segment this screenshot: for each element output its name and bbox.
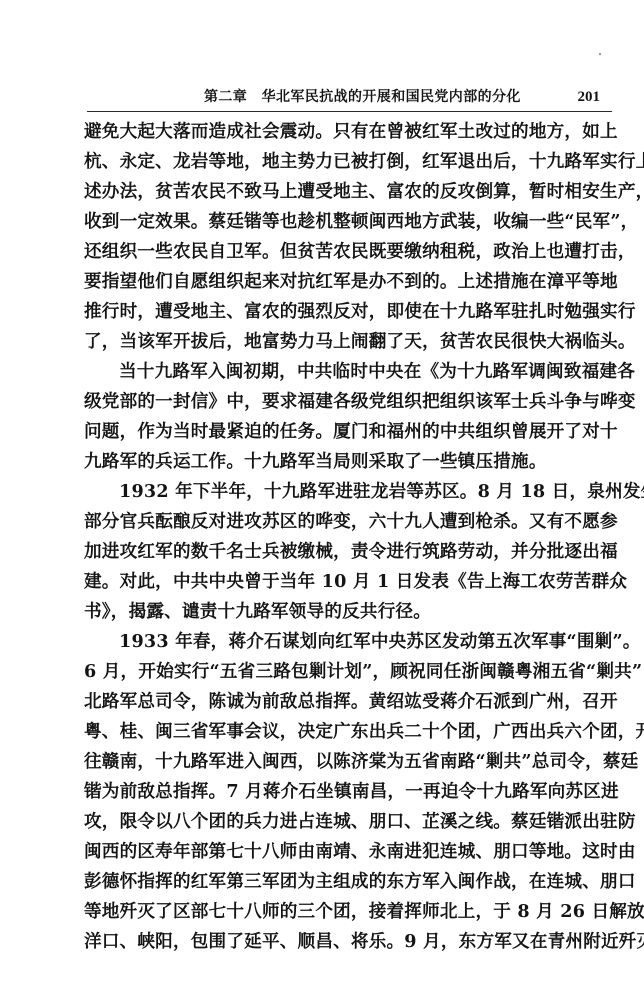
text-line: 书》，揭露、谴责十九路军领导的反共行径。 [84,597,604,627]
text-line: 攻，限令以八个团的兵力进占连城、朋口、芷溪之线。蔡廷锴派出驻防 [84,807,604,837]
running-header: 第二章 华北军民抗战的开展和国民党内部的分化 201 [87,86,612,108]
text-line: 述办法，贫苦农民不致马上遭受地主、富农的反攻倒算，暂时相安生产， [84,177,604,207]
text-line: 九路军的兵运工作。十九路军当局则采取了一些镇压措施。 [84,447,604,477]
text-line: 粤、桂、闽三省军事会议，决定广东出兵二十个团，广西出兵六个团，开 [84,717,604,747]
body-text: 避免大起大落而造成社会震动。只有在曾被红军土改过的地方，如上 杭、永定、龙岩等地… [84,117,604,957]
text-line: 洋口、峡阳，包围了延平、顺昌、将乐。9 月，东方军又在青州附近歼灭 [84,927,604,957]
text-line: 问题，作为当时最紧迫的任务。厦门和福州的中共组织曾展开了对十 [84,417,604,447]
page-number: 201 [578,86,601,108]
text-line: 等地歼灭了区部七十八师的三个团，接着挥师北上，于 8 月 26 日解放 [84,897,604,927]
paragraph: 当十九路军入闽初期，中共临时中央在《为十九路军调闽致福建各 级党部的一封信》中，… [84,357,604,477]
text-line: 北路军总司令，陈诚为前敌总指挥。黄绍竑受蒋介石派到广州，召开 [84,687,604,717]
paragraph: 避免大起大落而造成社会震动。只有在曾被红军土改过的地方，如上 杭、永定、龙岩等地… [84,117,604,357]
text-line: 锴为前敌总指挥。7 月蒋介石坐镇南昌，一再迫令十九路军向苏区进 [84,777,604,807]
text-line: 1933 年春，蒋介石谋划向红军中央苏区发动第五次军事“围剿”。 [84,627,604,657]
text-line: 6 月，开始实行“五省三路包剿计划”，顾祝同任浙闽赣粤湘五省“剿共” [84,657,604,687]
text-line: 级党部的一封信》中，要求福建各级党组织把组织该军士兵斗争与哗变 [84,387,604,417]
book-page: 第二章 华北军民抗战的开展和国民党内部的分化 201 避免大起大落而造成社会震动… [0,0,644,1000]
text-line: 建。对此，中共中央曾于当年 10 月 1 日发表《告上海工农劳苦群众 [84,567,604,597]
text-line: 避免大起大落而造成社会震动。只有在曾被红军土改过的地方，如上 [84,117,604,147]
text-line: 还组织一些农民自卫军。但贫苦农民既要缴纳租税，政治上也遭打击， [84,237,604,267]
text-line: 往赣南，十九路军进入闽西，以陈济棠为五省南路“剿共”总司令，蔡廷 [84,747,604,777]
scan-speck [599,53,601,55]
text-line: 杭、永定、龙岩等地，地主势力已被打倒，红军退出后，十九路军实行上 [84,147,604,177]
header-rule [87,111,612,112]
text-line: 1932 年下半年，十九路军进驻龙岩等苏区。8 月 18 日，泉州发生 [84,477,604,507]
text-line: 彭德怀指挥的红军第三军团为主组成的东方军入闽作战，在连城、朋口 [84,867,604,897]
text-line: 加进攻红军的数千名士兵被缴械，责令进行筑路劳动，并分批逐出福 [84,537,604,567]
text-line: 要指望他们自愿组织起来对抗红军是办不到的。上述措施在漳平等地 [84,267,604,297]
text-line: 推行时，遭受地主、富农的强烈反对，即使在十九路军驻扎时勉强实行 [84,297,604,327]
text-line: 部分官兵酝酿反对进攻苏区的哗变，六十九人遭到枪杀。又有不愿参 [84,507,604,537]
text-line: 当十九路军入闽初期，中共临时中央在《为十九路军调闽致福建各 [84,357,604,387]
text-line: 闽西的区寿年部第七十八师由南靖、永南进犯连城、朋口等地。这时由 [84,837,604,867]
paragraph: 1933 年春，蒋介石谋划向红军中央苏区发动第五次军事“围剿”。 6 月，开始实… [84,627,604,957]
text-line: 收到一定效果。蔡廷锴等也趁机整顿闽西地方武装，收编一些“民军”， [84,207,604,237]
paragraph: 1932 年下半年，十九路军进驻龙岩等苏区。8 月 18 日，泉州发生 部分官兵… [84,477,604,627]
chapter-title: 第二章 华北军民抗战的开展和国民党内部的分化 [204,86,521,108]
text-line: 了，当该军开拔后，地富势力马上闹翻了天，贫苦农民很快大祸临头。 [84,327,604,357]
